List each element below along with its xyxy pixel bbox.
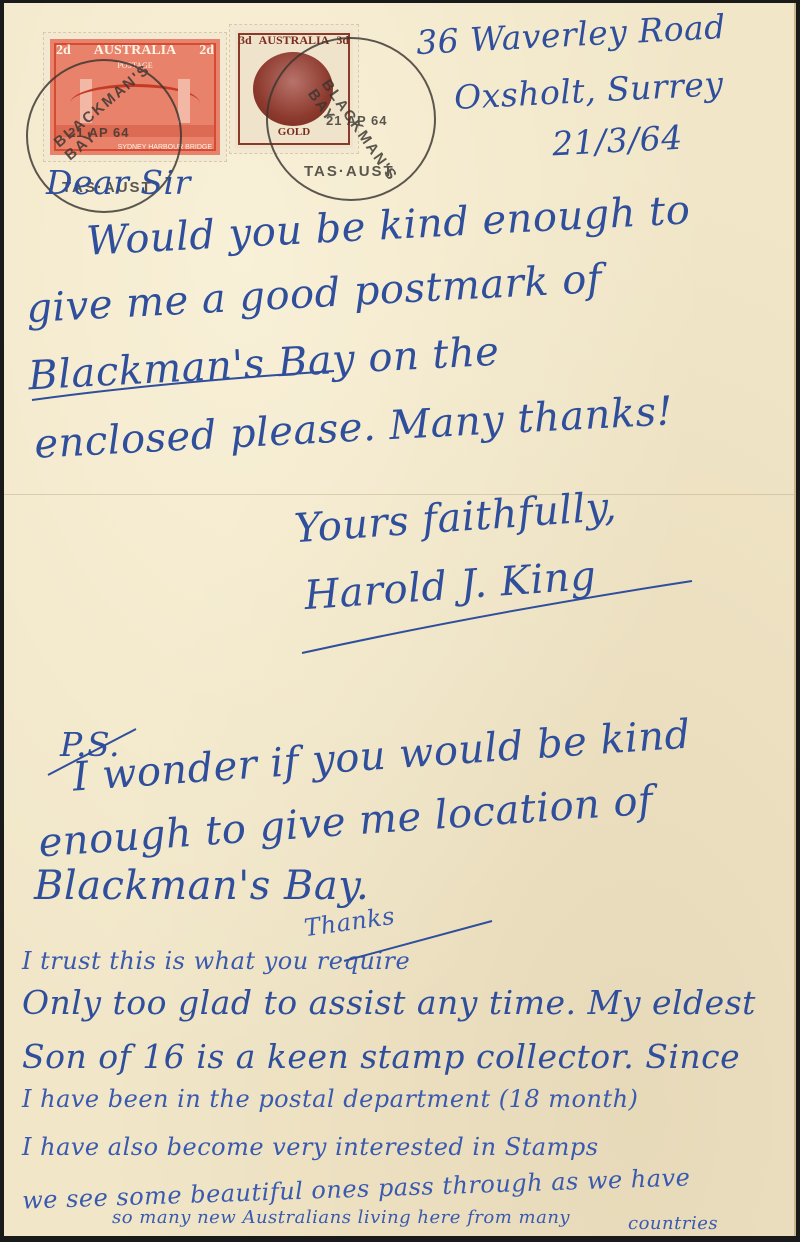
letter-page: 2d AUSTRALIA 2d POSTAGE SYDNEY HARBOUR B…	[4, 3, 796, 1236]
signature-underline	[302, 581, 692, 653]
thanks-underline	[344, 921, 492, 961]
pen-strokes	[4, 3, 794, 1236]
underline-blackmans-bay	[32, 371, 334, 400]
ps-underline	[48, 729, 136, 775]
